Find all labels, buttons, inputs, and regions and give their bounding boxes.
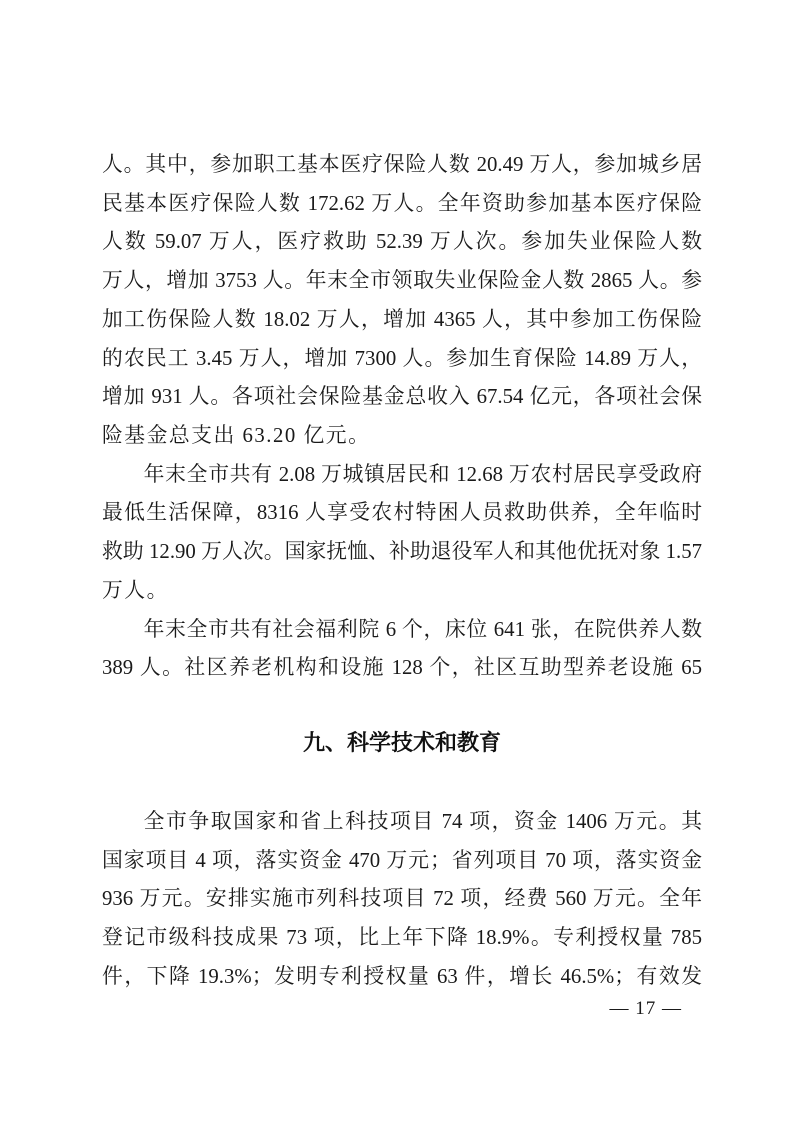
text-line: 万人。 bbox=[102, 572, 702, 611]
paragraph: 人。其中，参加职工基本医疗保险人数 20.49 万人，参加城乡居民基本医疗保险人… bbox=[102, 146, 702, 456]
text-line: 年末全市共有 2.08 万城镇居民和 12.68 万农村居民享受政府 bbox=[102, 456, 702, 495]
text-line: 险基金总支出 63.20 亿元。 bbox=[102, 417, 702, 456]
text-line: 登记市级科技成果 73 项，比上年下降 18.9%。专利授权量 785 bbox=[102, 919, 702, 958]
text-line: 最低生活保障，8316 人享受农村特困人员救助供养，全年临时 bbox=[102, 494, 702, 533]
text-line: 389 人。社区养老机构和设施 128 个，社区互助型养老设施 65 个。 bbox=[102, 649, 702, 688]
paragraph: 年末全市共有 2.08 万城镇居民和 12.68 万农村居民享受政府最低生活保障… bbox=[102, 456, 702, 611]
text-line: 国家项目 4 项，落实资金 470 万元；省列项目 70 项，落实资金 bbox=[102, 842, 702, 881]
text-line: 万人，增加 3753 人。年末全市领取失业保险金人数 2865 人。参 bbox=[102, 262, 702, 301]
text-line: 民基本医疗保险人数 172.62 万人。全年资助参加基本医疗保险 bbox=[102, 185, 702, 224]
text-line: 人。其中，参加职工基本医疗保险人数 20.49 万人，参加城乡居 bbox=[102, 146, 702, 185]
paragraph: 全市争取国家和省上科技项目 74 项，资金 1406 万元。其中，国家项目 4 … bbox=[102, 803, 702, 997]
document-body: 人。其中，参加职工基本医疗保险人数 20.49 万人，参加城乡居民基本医疗保险人… bbox=[102, 146, 702, 996]
text-line: 救助 12.90 万人次。国家抚恤、补助退役军人和其他优抚对象 1.57 bbox=[102, 533, 702, 572]
document-page: 人。其中，参加职工基本医疗保险人数 20.49 万人，参加城乡居民基本医疗保险人… bbox=[0, 0, 794, 1123]
text-line: 的农民工 3.45 万人，增加 7300 人。参加生育保险 14.89 万人， bbox=[102, 340, 702, 379]
paragraph: 年末全市共有社会福利院 6 个，床位 641 张，在院供养人数389 人。社区养… bbox=[102, 611, 702, 688]
page-number: — 17 — bbox=[610, 997, 683, 1021]
text-line: 年末全市共有社会福利院 6 个，床位 641 张，在院供养人数 bbox=[102, 611, 702, 650]
text-line: 936 万元。安排实施市列科技项目 72 项，经费 560 万元。全年 bbox=[102, 880, 702, 919]
text-line: 加工伤保险人数 18.02 万人，增加 4365 人，其中参加工伤保险 bbox=[102, 301, 702, 340]
text-line: 增加 931 人。各项社会保险基金总收入 67.54 亿元，各项社会保 bbox=[102, 378, 702, 417]
text-line: 全市争取国家和省上科技项目 74 项，资金 1406 万元。其中， bbox=[102, 803, 702, 842]
text-line: 件，下降 19.3%；发明专利授权量 63 件，增长 46.5%；有效发 bbox=[102, 958, 702, 997]
text-line: 人数 59.07 万人，医疗救助 52.39 万人次。参加失业保险人数 13.5… bbox=[102, 223, 702, 262]
section-heading: 九、科学技术和教育 bbox=[102, 724, 702, 763]
